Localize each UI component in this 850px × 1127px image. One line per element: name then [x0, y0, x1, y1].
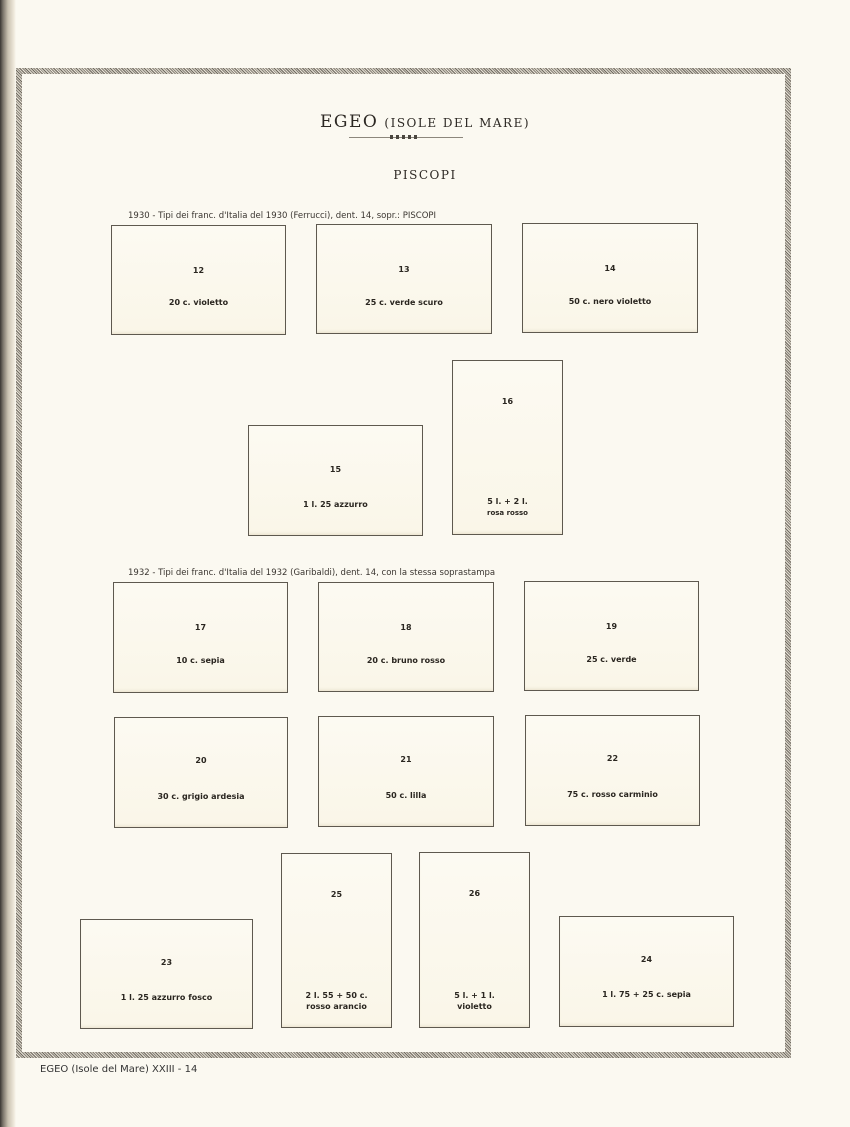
- title-paren: (ISOLE DEL MARE): [384, 116, 530, 130]
- stamp-description: 25 c. verde: [525, 655, 698, 665]
- stamp-number: 15: [249, 465, 422, 474]
- stamp-description-line2: rosso arancio: [282, 1002, 391, 1012]
- stamp-description: 50 c. lilla: [319, 791, 493, 801]
- stamp-number: 16: [453, 397, 562, 406]
- stamp-description-line2: rosa rosso: [453, 508, 562, 518]
- stamp-description: 50 c. nero violetto: [523, 297, 697, 307]
- stamp-slot-23[interactable]: 23 1 l. 25 azzurro fosco: [80, 919, 253, 1029]
- page-title: EGEO (ISOLE DEL MARE): [0, 112, 850, 132]
- stamp-description: 25 c. verde scuro: [317, 298, 491, 308]
- stamp-description: 30 c. grigio ardesia: [115, 792, 287, 802]
- stamp-description: 1 l. 25 azzurro fosco: [81, 993, 252, 1003]
- title-ornament-dots: [390, 135, 420, 139]
- stamp-number: 20: [115, 756, 287, 765]
- stamp-slot-19[interactable]: 19 25 c. verde: [524, 581, 699, 691]
- stamp-number: 22: [526, 754, 699, 763]
- stamp-slot-14[interactable]: 14 50 c. nero violetto: [522, 223, 698, 333]
- stamp-description-line2: violetto: [420, 1002, 529, 1012]
- stamp-description: 10 c. sepia: [114, 656, 287, 666]
- stamp-number: 23: [81, 958, 252, 967]
- stamp-number: 12: [112, 266, 285, 275]
- stamp-description: 75 c. rosso carminio: [526, 790, 699, 800]
- title-main: EGEO: [320, 112, 378, 132]
- stamp-slot-25[interactable]: 25 2 l. 55 + 50 c. rosso arancio: [281, 853, 392, 1028]
- stamp-slot-13[interactable]: 13 25 c. verde scuro: [316, 224, 492, 334]
- stamp-number: 26: [420, 889, 529, 898]
- stamp-description-line1: 2 l. 55 + 50 c.: [282, 991, 391, 1001]
- stamp-slot-17[interactable]: 17 10 c. sepia: [113, 582, 288, 693]
- stamp-number: 18: [319, 623, 493, 632]
- stamp-number: 25: [282, 890, 391, 899]
- stamp-slot-16[interactable]: 16 5 l. + 2 l. rosa rosso: [452, 360, 563, 535]
- stamp-slot-18[interactable]: 18 20 c. bruno rosso: [318, 582, 494, 692]
- stamp-description-line1: 5 l. + 1 l.: [420, 991, 529, 1001]
- stamp-slot-12[interactable]: 12 20 c. violetto: [111, 225, 286, 335]
- stamp-number: 14: [523, 264, 697, 273]
- stamp-description: 20 c. violetto: [112, 298, 285, 308]
- series-heading-1930: 1930 - Tipi dei franc. d'Italia del 1930…: [128, 211, 436, 221]
- stamp-number: 13: [317, 265, 491, 274]
- stamp-description: 1 l. 25 azzurro: [249, 500, 422, 510]
- page-footer: EGEO (Isole del Mare) XXIII - 14: [40, 1064, 197, 1075]
- stamp-slot-20[interactable]: 20 30 c. grigio ardesia: [114, 717, 288, 828]
- page-subtitle: PISCOPI: [0, 168, 850, 182]
- series-heading-1932: 1932 - Tipi dei franc. d'Italia del 1932…: [128, 568, 495, 578]
- stamp-number: 19: [525, 622, 698, 631]
- stamp-description-line1: 5 l. + 2 l.: [453, 497, 562, 507]
- stamp-slot-21[interactable]: 21 50 c. lilla: [318, 716, 494, 827]
- stamp-number: 17: [114, 623, 287, 632]
- stamp-description: 1 l. 75 + 25 c. sepia: [560, 990, 733, 1000]
- stamp-number: 21: [319, 755, 493, 764]
- stamp-number: 24: [560, 955, 733, 964]
- stamp-slot-24[interactable]: 24 1 l. 75 + 25 c. sepia: [559, 916, 734, 1027]
- stamp-description: 20 c. bruno rosso: [319, 656, 493, 666]
- stamp-slot-22[interactable]: 22 75 c. rosso carminio: [525, 715, 700, 826]
- stamp-slot-15[interactable]: 15 1 l. 25 azzurro: [248, 425, 423, 536]
- stamp-slot-26[interactable]: 26 5 l. + 1 l. violetto: [419, 852, 530, 1028]
